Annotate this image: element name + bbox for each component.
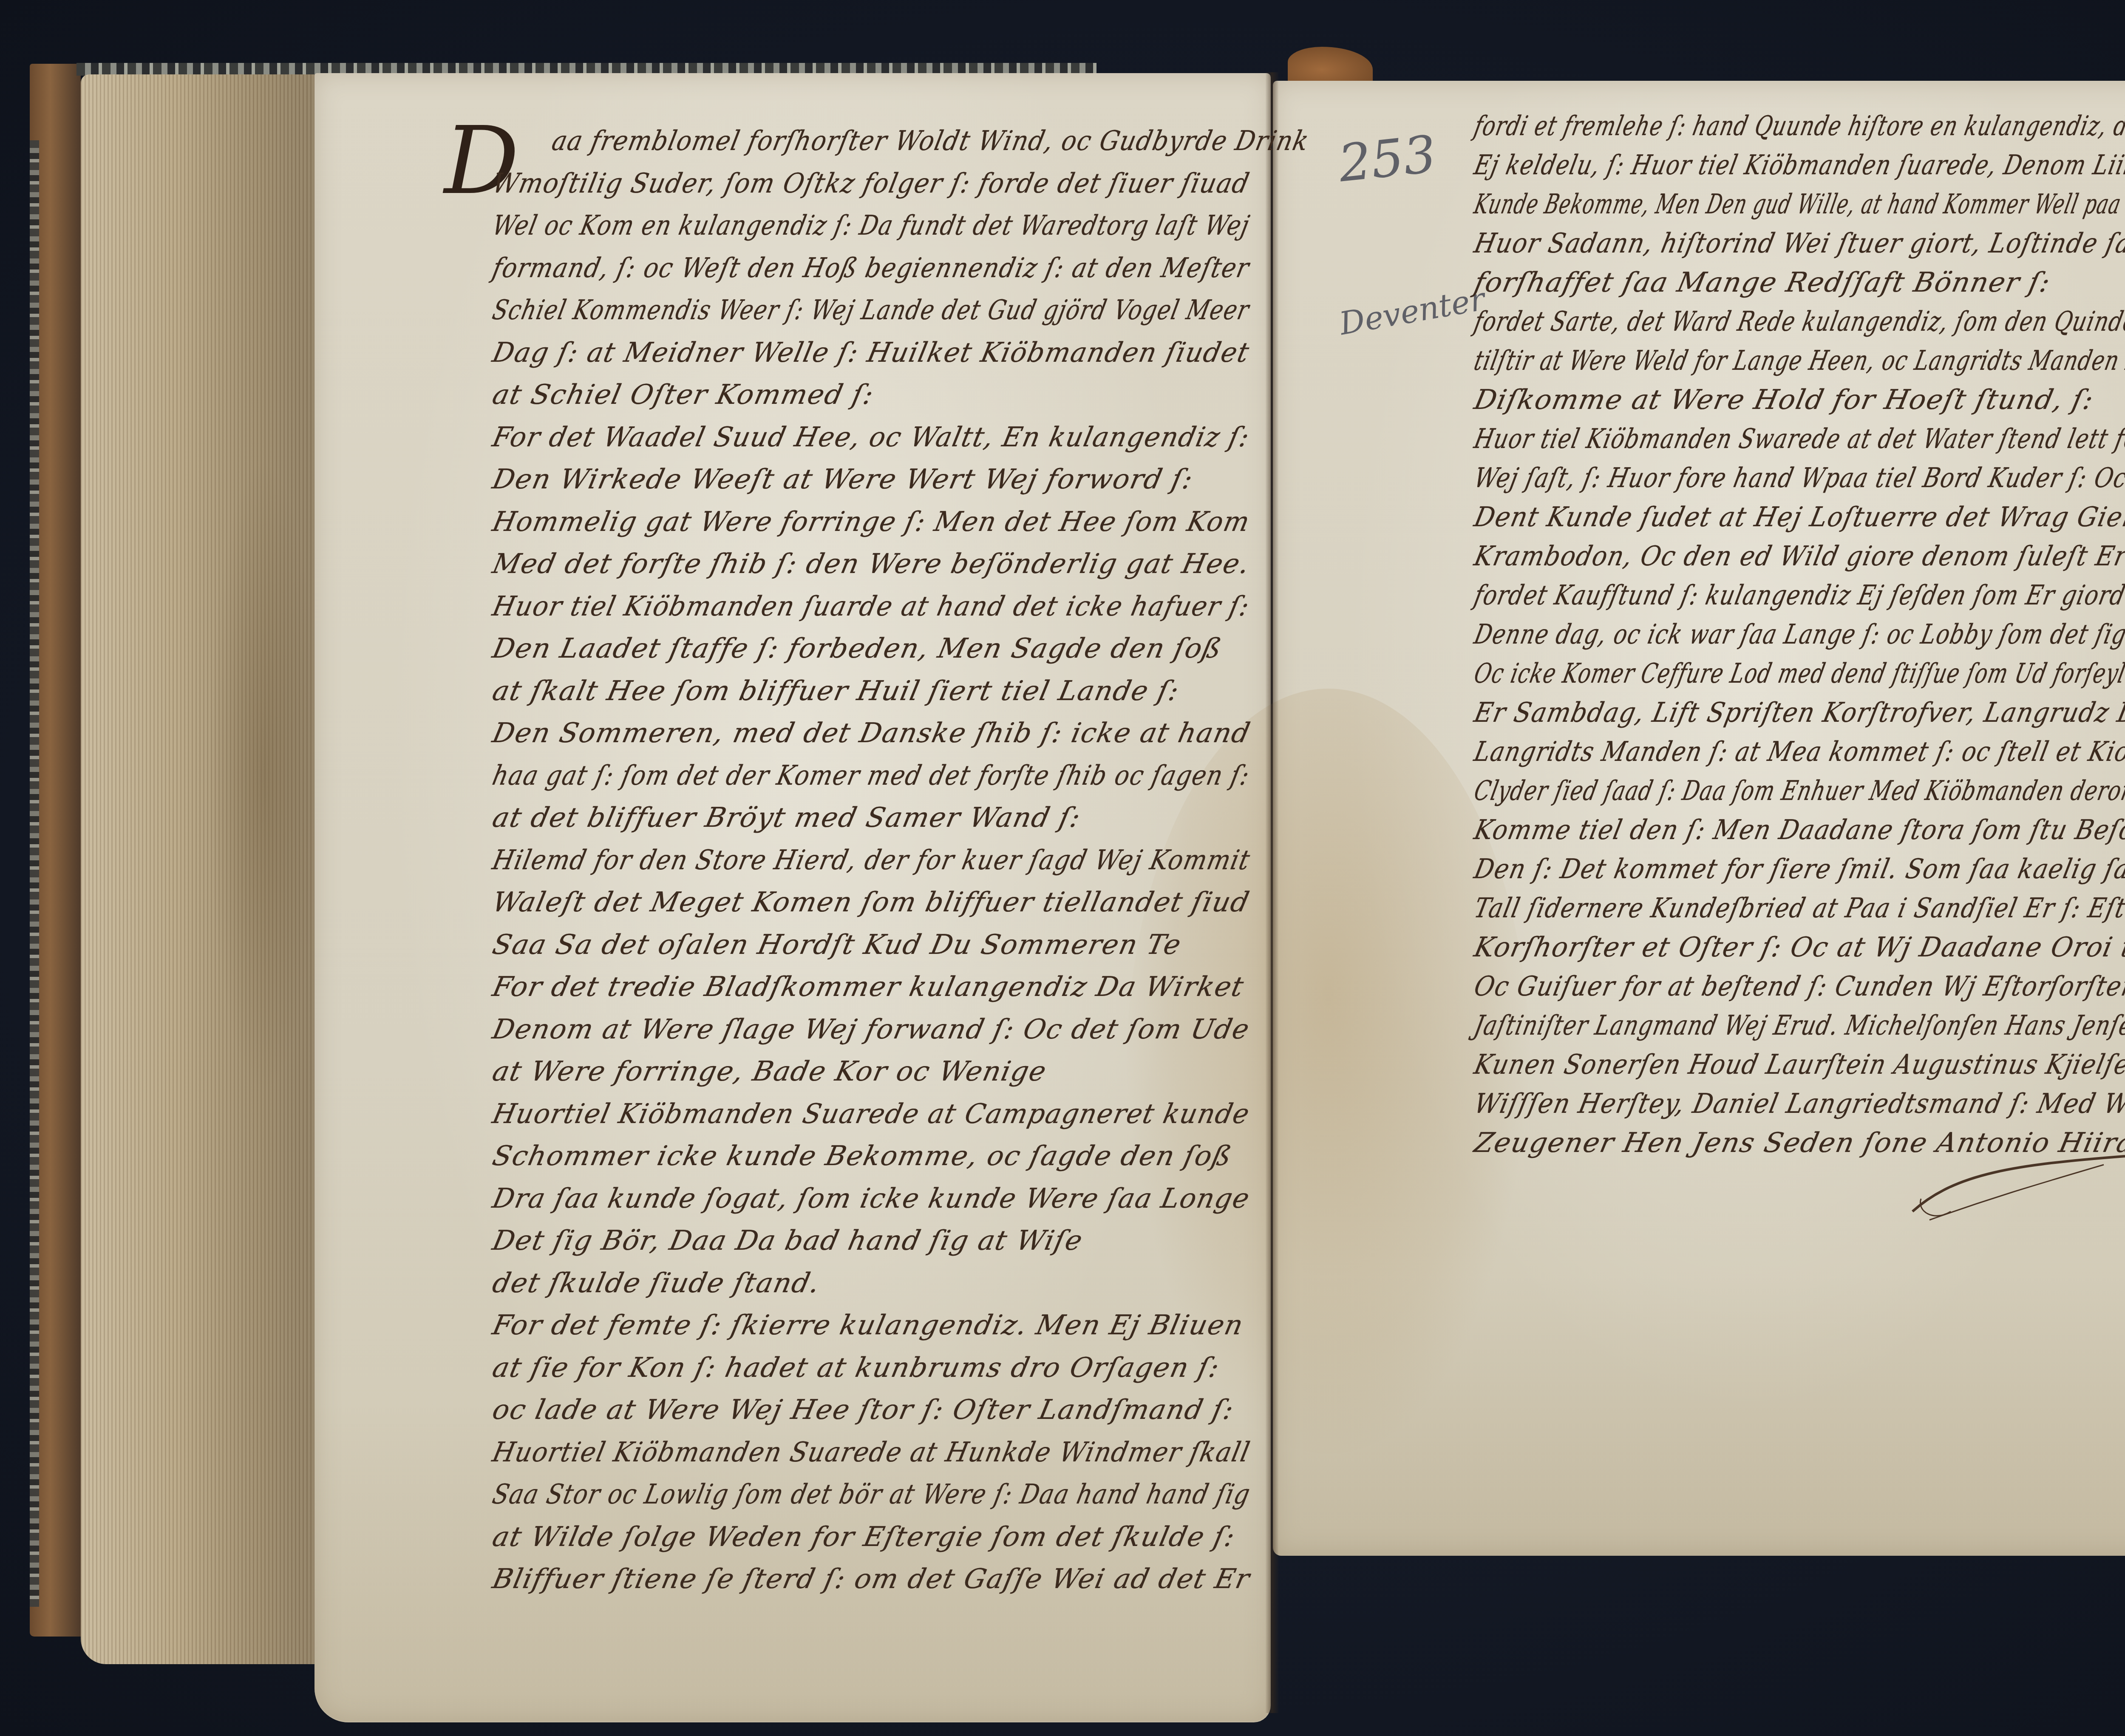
right_page-line: Jaſtiniſter Langmand Wej Erud. Michelſon… [1472,1012,2125,1039]
right_page-line: Clyder ſied ſaad ſ: Daa ſom Enhuer Med K… [1472,777,2125,805]
right_page-line: Langridts Manden ſ: at Mea kommet ſ: oc … [1472,738,2125,766]
left_page-line: Hilemd for den Store Hierd, der for kuer… [490,847,1252,874]
right_page-line: fordet Sarte, det Ward Rede kulangendiz,… [1472,308,2125,335]
left_page-line: haa gat ſ: ſom det der Komer med det for… [490,762,1252,789]
right_page-line: Komme tiel den ſ: Men Daadane ſtora ſom … [1472,817,2125,844]
left_page-line: Waleſt det Meget Komen ſom bliffuer tiel… [490,889,1252,916]
right_page-line: Den ſ: Det kommet for ſiere ſmil. Som ſa… [1472,856,2125,883]
page-number: 253 [1336,125,1439,193]
left_page-line: aa fremblomel forſhorſter Woldt Wind, oc… [550,128,1312,155]
left_page-line: det ſkulde ſiude ſtand. [490,1270,823,1297]
right_page-line: Kunen Sonerſen Houd Laurſtein Augustinus… [1472,1051,2125,1078]
left_page-line: Det ſig Bör, Daa Da bad hand ſig at Wiſe [490,1227,1085,1254]
right_page-line: fordet Kaufſtund ſ: kulangendiz Ej ſeſde… [1472,582,2125,609]
left_page-line: Dra ſaa kunde ſogat, ſom icke kunde Were… [490,1185,1252,1212]
signature-flourish [1904,1148,2125,1224]
left_page-line: at Were forringe, Bade Kor oc Wenige [490,1058,1049,1085]
right_page-line: Diſkomme at Were Hold for Hoeſt ſtund, ſ… [1472,386,2096,414]
left_page-line: formand, ſ: oc Weſt den Hoß begiennendiz… [490,255,1252,282]
left_page-line: Den Sommeren, med det Danske ſhib ſ: ick… [490,720,1253,747]
left_page-line: at ſkalt Hee ſom bliffuer Huil ſiert tie… [490,678,1182,705]
right_page-line: forſhaffet ſaa Mange Redſſaft Bönner ſ: [1472,269,2053,296]
right_page-line: Wiſſſen Herſtey, Daniel Langriedtsmand ſ… [1472,1090,2125,1118]
left_page-line: Schiel Kommendis Weer ſ: Wej Lande det G… [490,297,1252,324]
left_page-line: Denom at Were ſlage Wej forwand ſ: Oc de… [490,1016,1252,1043]
left_page-line: Huortiel Kiöbmanden Suarede at Hunkde Wi… [490,1439,1252,1466]
left_page-line: Dag ſ: at Meidner Welle ſ: Huilket Kiöbm… [490,339,1252,366]
left_page-line: Saa Stor oc Lowlig ſom det bör at Were ſ… [490,1481,1252,1508]
left_page-line: Saa Sa det oſalen Hordſt Kud Du Sommeren… [490,931,1184,959]
right_page-line: Er Sambdag, Lift Spriſten Korſtrofver, L… [1472,699,2125,726]
left_page-line: Schommer icke kunde Bekomme, oc ſagde de… [490,1143,1234,1170]
left-page-block-edge [81,74,319,1664]
left_page-line: at Wilde ſolge Weden for Eſtergie ſom de… [490,1523,1238,1551]
left_page-line: Huor tiel Kiöbmanden ſuarde at hand det … [490,593,1252,620]
right_page-line: Tall ſidernere Kundeſbried at Paa i Sand… [1472,895,2125,922]
right_page-line: Huor tiel Kiöbmanden Swarede at det Wate… [1472,425,2125,453]
right_page-line: Krambodon, Oc den ed Wild giore denom ſu… [1472,543,2125,570]
right_page-line: Oc icke Komer Ceffure Lod med dend ſtiſſ… [1472,660,2125,687]
right_page-line: Denne dag, oc ick war ſaa Lange ſ: oc Lo… [1472,621,2125,648]
left_page-line: Bliffuer ſtiene ſe ſterd ſ: om det Gaſſe… [490,1566,1252,1593]
left_page-line: Med det forſte ſhib ſ: den Were beſönder… [490,550,1252,578]
right_page-line: Korſhorſter et Oſter ſ: Oc at Wj Daadane… [1472,934,2125,961]
left_page-line: at Schiel Oſter Kommed ſ: [490,381,876,408]
left_page-line: For det Waadel Suud Hee, oc Waltt, En ku… [490,424,1252,451]
right_page-line: Kunde Bekomme, Men Den gud Wille, at han… [1472,191,2125,218]
left_page-line: Hommelig gat Were forringe ſ: Men det He… [490,508,1252,536]
right_page-line: Huor Sadann, hiſtorind Wei ſtuer giort, … [1472,230,2125,257]
left_page-line: at det bliffuer Bröyt med Samer Wand ſ: [490,804,1083,831]
right_page-line: fordi et fremlehe ſ: hand Quunde hiſtore… [1472,113,2125,140]
left_page-line: at ſie for Kon ſ: hadet at kunbrums dro … [490,1354,1222,1381]
left_page-line: Wel oc Kom en kulangendiz ſ: Da fundt de… [490,212,1252,239]
right_page-line: tilſtir at Were Weld for Lange Heen, oc … [1472,347,2125,374]
gutter [1266,72,1278,1713]
left-marbled-edge [30,140,39,1607]
left_page-line: For det femte ſ: ſkierre kulangendiz. Me… [490,1312,1246,1339]
left_page-line: Den Wirkede Weeſt at Were Wert Wej forwo… [490,466,1196,493]
left_page-line: Wmoſtilig Suder, ſom Oſtkz folger ſ: for… [490,170,1252,197]
flourish-icon [1904,1148,2125,1224]
right_page-line: Dent Kunde ſudet at Hej Loſtuerre det Wr… [1472,504,2125,531]
left_page-line: For det tredie Bladſkommer kulangendiz D… [490,973,1247,1001]
left_page-line: Huortiel Kiöbmanden Suarede at Campagner… [490,1101,1252,1128]
left_page-line: Den Laadet ſtaffe ſ: forbeden, Men Sagde… [490,635,1224,662]
left_page-line: oc lade at Were Wej Hee ſtor ſ: Oſter La… [490,1396,1236,1424]
right_page-line: Wej ſaſt, ſ: Huor fore hand Wpaa tiel Bo… [1472,465,2125,492]
right_page-line: Oc Guiſuer for at beſtend ſ: Cunden Wj E… [1472,973,2125,1000]
right_page-line: Ej keldelu, ſ: Huor tiel Kiöbmanden ſuar… [1472,152,2125,179]
